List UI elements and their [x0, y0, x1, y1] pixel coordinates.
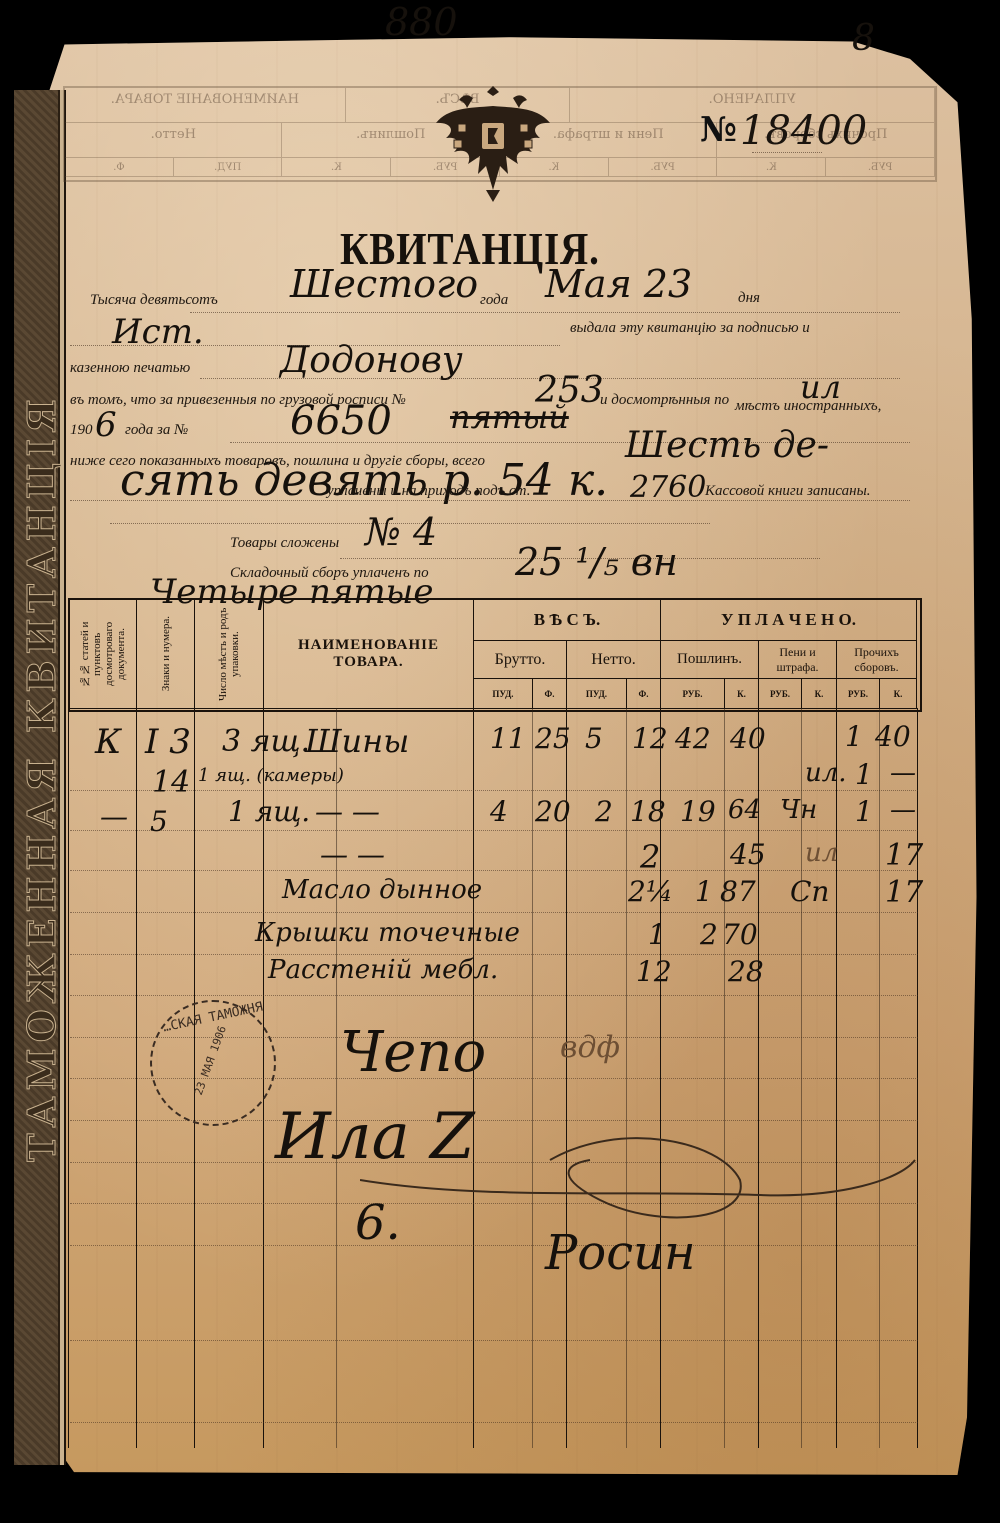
cell-gross-pud: 4 — [490, 795, 508, 828]
header-fines: Пени и штрафа. — [759, 641, 837, 679]
cell-places: 1 ящ. — [228, 795, 310, 828]
filled-packages-no: 6650 — [290, 398, 392, 444]
header-other-rub: РУБ. — [837, 679, 880, 709]
header-other-k: К. — [880, 679, 917, 709]
cell-net-pud: 5 — [585, 722, 603, 755]
cell-marks: 5 — [150, 805, 168, 838]
header-other: Прочихъ сборовъ. — [837, 641, 917, 679]
signature-flourish-icon — [360, 1120, 920, 1240]
row-rule — [70, 790, 918, 791]
header-articles: №№ статей и пунктовъ досмотроваго докуме… — [70, 600, 137, 709]
header-fine-rub: РУБ. — [759, 679, 802, 709]
printed-text: года за № — [125, 422, 188, 439]
imperial-eagle-emblem-icon — [428, 78, 558, 208]
cell-goods: Крышки точечные — [255, 918, 520, 948]
cell-other-k: 17 — [885, 875, 923, 910]
header-duty-rub: РУБ. — [661, 679, 725, 709]
ghost-cell: НАИМЕНОВАНІЕ ТОВАРА. — [65, 88, 346, 122]
header-net: Нетто. — [567, 641, 661, 679]
cell-marks: 14 — [152, 765, 190, 800]
filled-office: Ист. — [112, 312, 204, 352]
row-rule — [70, 1340, 918, 1341]
cell-net-f: 18 — [630, 795, 666, 828]
cell-fine-rub: ил — [805, 838, 838, 868]
cell-gross-pud: 11 — [490, 722, 526, 755]
cell-other-k: — — [890, 758, 916, 788]
filled-year: Шестого — [290, 262, 478, 306]
printed-text: дня — [738, 290, 760, 307]
cell-gross-f: 20 — [535, 795, 571, 828]
printed-text: Кассовой книги записаны. — [705, 483, 871, 500]
cell-net-f: 12 — [636, 955, 672, 988]
row-rule — [70, 870, 918, 871]
cell-fine-rub: Чн — [780, 795, 817, 825]
header-marks: Знаки и нумера. — [137, 600, 195, 709]
cell-net-f: 1 — [648, 918, 666, 951]
ghost-cell: ПУД. — [174, 158, 283, 176]
header-label: Число мѣстъ и родъ упаковки. — [217, 600, 241, 708]
cell-other-k: 40 — [875, 720, 911, 753]
header-paid-group: У П Л А Ч Е Н О. — [661, 600, 917, 641]
header-label: №№ статей и пунктовъ досмотроваго докуме… — [79, 600, 127, 708]
printed-text: Тысяча девятьсотъ — [90, 292, 218, 309]
spine-title: ТАМОЖЕННАЯ КВИТАНЦІЯ — [16, 90, 66, 1465]
cell-other-k: — — [890, 795, 916, 825]
printed-text: года — [480, 292, 508, 309]
cell-net-pud: 2 — [595, 795, 613, 828]
signature-3: Росин — [545, 1225, 696, 1281]
header-gross-f: Ф. — [533, 679, 567, 709]
handwritten-top-number: 880 — [385, 0, 458, 44]
header-fine-k: К. — [802, 679, 837, 709]
cell-goods: Масло дынное — [282, 875, 482, 905]
ghost-cell: Нетто. — [65, 123, 283, 157]
row-rule — [70, 1245, 918, 1246]
cell-places: 1 ящ. (камеры) — [198, 765, 344, 786]
header-gross: Брутто. — [474, 641, 567, 679]
filled-name: Додонову — [280, 340, 463, 381]
cell-goods: Расстеній мебл. — [268, 955, 498, 985]
ghost-cell: К. — [718, 158, 827, 176]
ghost-cell: РУБ. — [609, 158, 718, 176]
printed-text: выдала эту квитанцію за подписью и — [570, 320, 810, 337]
row-rule — [70, 995, 918, 996]
filled-warehouse: № 4 — [365, 510, 437, 554]
cell-goods: — — — [320, 838, 385, 871]
header-gross-pud: ПУД. — [474, 679, 533, 709]
header-net-pud: ПУД. — [567, 679, 627, 709]
filled-total-words: Шесть де- — [625, 425, 829, 466]
customs-stamp: …СКАЯ ТАМОЖНЯ 23 МАЯ 1906 — [150, 1000, 276, 1126]
stamp-date: 23 МАЯ 1906 — [192, 1024, 229, 1097]
cell-duty-rub: 1 — [695, 875, 713, 908]
filled-struck-text: пятый — [450, 398, 569, 436]
ghost-cell: РУБ. — [826, 158, 935, 176]
filled-storage-fee: 25 ¹/₅ вн — [515, 540, 678, 584]
cell-duty-k: 40 — [730, 722, 766, 755]
cell-duty-k: 28 — [728, 955, 764, 988]
cell-other-rub: 1 — [845, 720, 863, 753]
ghost-cell: К. — [283, 158, 392, 176]
header-duty-k: К. — [725, 679, 759, 709]
header-weight-group: В Ѣ С Ъ. — [474, 600, 661, 641]
header-places: Число мѣстъ и родъ упаковки. — [195, 600, 264, 709]
cell-duty-k: 64 — [728, 795, 761, 825]
filled-article-no: 2760 — [630, 470, 706, 505]
filled-year-digit: 6 — [95, 405, 117, 445]
cell-marks: I 3 — [145, 722, 191, 762]
cell-duty-rub: 2 — [700, 918, 718, 951]
printed-text: казенною печатью — [70, 360, 190, 377]
cell-places: 3 ящ. — [222, 724, 310, 759]
cell-net-f: 12 — [632, 722, 668, 755]
ghost-cell: Ф. — [65, 158, 174, 176]
row-rule — [70, 912, 918, 913]
printed-text: мѣстъ иностранныхъ, — [735, 398, 881, 415]
signature-1: Чепо — [340, 1020, 486, 1085]
dotted-line — [70, 500, 910, 501]
receipt-number-value: 18400 — [740, 108, 867, 154]
decorative-spine: ТАМОЖЕННАЯ КВИТАНЦІЯ — [14, 90, 66, 1465]
cell-duty-rub: 42 — [675, 722, 711, 755]
cell-article: К — [95, 722, 121, 762]
cell-duty-k: 45 — [730, 838, 766, 871]
cell-other-k: 17 — [885, 838, 923, 873]
printed-text: и досмотрѣнныя по — [600, 392, 729, 409]
printed-text: уплачены и на приходъ подъ ст. — [327, 483, 530, 500]
receipt-number-label: № — [700, 110, 737, 150]
signature-initial: 6. — [355, 1195, 401, 1251]
printed-text: 190 — [70, 422, 93, 439]
printed-text: Товары сложены — [230, 535, 339, 552]
cell-goods: Шины — [305, 722, 409, 760]
row-rule — [70, 830, 918, 831]
handwritten-corner-number: 8 — [852, 18, 875, 59]
cell-fine-k: 1 — [855, 758, 873, 791]
filled-date: Мая 23 — [545, 262, 692, 306]
header-goods: НАИМЕНОВАНІЕ ТОВАРА. — [264, 600, 474, 709]
header-duties: Пошлинъ. — [661, 641, 759, 679]
column-rule — [68, 708, 69, 1448]
cell-duty-k: 87 — [720, 875, 756, 908]
row-rule — [70, 1422, 918, 1423]
cell-fine-rub: ил. — [805, 758, 847, 788]
cell-gross-f: 25 — [535, 722, 571, 755]
dotted-line — [190, 312, 900, 313]
cell-duty-k: 70 — [722, 918, 758, 951]
cell-net-f: 2 — [640, 838, 660, 876]
cell-fine-k: 1 — [855, 795, 873, 828]
cell-net-f: 2¼ — [628, 875, 673, 908]
cell-article: — — [100, 800, 128, 833]
cell-goods: — — — [315, 795, 380, 828]
header-label: Знаки и нумера. — [160, 616, 172, 691]
cell-duty-rub: 19 — [680, 795, 716, 828]
header-net-f: Ф. — [627, 679, 661, 709]
number-dotted-line — [752, 152, 822, 153]
cell-fine-rub: Сп — [790, 875, 829, 908]
signature-1-note: вдф — [560, 1030, 620, 1065]
